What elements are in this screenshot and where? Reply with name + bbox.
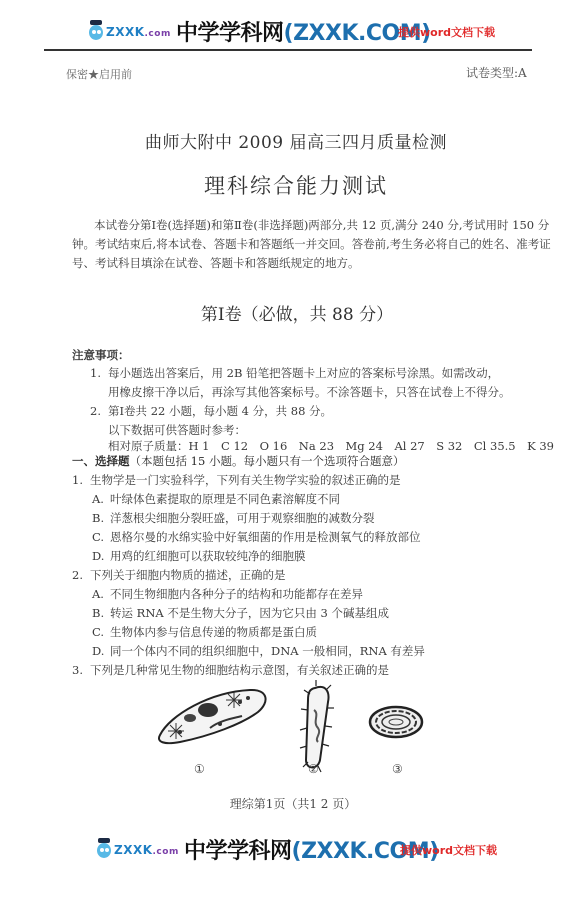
option-item: B.洋葱根尖细胞分裂旺盛，可用于观察细胞的减数分裂: [92, 510, 375, 526]
cyanobacterium-icon: [370, 707, 422, 737]
note-item-cont: 用橡皮擦干净以后，再涂写其他答案标号。不涂答题卡，只答在试卷上不得分。: [108, 384, 511, 400]
download-slogan[interactable]: 提供word文档下载: [398, 24, 495, 40]
figure-label-1: ①: [194, 762, 205, 776]
logo-text: ZXXK.com: [114, 843, 179, 857]
note-item: 2.第Ⅰ卷共 22 小题，每小题 4 分，共 88 分。: [90, 403, 332, 419]
mascot-icon: [88, 20, 104, 42]
notes-title: 注意事项：: [72, 347, 130, 363]
logo-text: ZXXK.com: [106, 25, 171, 39]
option-item: A.叶绿体色素提取的原理是不同色素溶解度不同: [92, 491, 340, 507]
option-item: C.生物体内参与信息传递的物质都是蛋白质: [92, 624, 317, 640]
site-banner-top: ZXXK.com 中学学科网(ZXXK.COM) 提供word文档下载: [0, 12, 580, 52]
mascot-icon: [96, 838, 112, 860]
paramecium-icon: [159, 690, 266, 743]
figure-label-2: ②: [308, 762, 319, 776]
site-banner-bottom: ZXXK.com 中学学科网(ZXXK.COM) 提供word文档下载: [0, 830, 580, 870]
site-name[interactable]: 中学学科网(ZXXK.COM): [176, 16, 431, 47]
exam-intro: 本试卷分第Ⅰ卷(选择题)和第Ⅱ卷(非选择题)两部分,共 12 页,满分 240 …: [72, 216, 556, 273]
note-item-cont: 以下数据可供答题时参考：: [108, 422, 246, 438]
section-heading: 一、选择题（本题包括 15 小题。每小题只有一个选项符合题意）: [72, 453, 404, 469]
atomic-masses: 相对原子质量：H 1 C 12 O 16 Na 23 Mg 24 Al 27 S…: [108, 438, 554, 454]
page-number: 理综第1页（共1 2 页）: [0, 795, 580, 812]
header-divider: [44, 49, 532, 51]
option-item: B.转运 RNA 不是生物大分子，因为它只由 3 个碱基组成: [92, 605, 389, 621]
question-stem: 1.生物学是一门实验科学，下列有关生物学实验的叙述正确的是: [72, 472, 401, 488]
confidential-label: 保密★启用前: [66, 66, 132, 82]
option-item: C.恩格尔曼的水绵实验中好氧细菌的作用是检测氧气的释放部位: [92, 529, 421, 545]
paper-type-label: 试卷类型:A: [466, 64, 527, 81]
bacterium-icon: [300, 680, 334, 772]
note-item: 1.每小题选出答案后，用 2B 铅笔把答题卡上对应的答案标号涂黑。如需改动，: [90, 365, 499, 381]
zxxk-logo[interactable]: ZXXK.com: [88, 20, 156, 44]
part1-heading: 第Ⅰ卷（必做，共 88 分）: [0, 300, 580, 325]
zxxk-logo[interactable]: ZXXK.com: [96, 838, 164, 862]
option-item: A.不同生物细胞内各种分子的结构和功能都存在差异: [92, 586, 363, 602]
option-item: D.同一个体内不同的组织细胞中，DNA 一般相同，RNA 有差异: [92, 643, 425, 659]
option-item: D.用鸡的红细胞可以获取较纯净的细胞膜: [92, 548, 306, 564]
exam-subtitle: 理科综合能力测试: [0, 170, 580, 200]
question-stem: 2.下列关于细胞内物质的描述，正确的是: [72, 567, 286, 583]
figure-label-3: ③: [392, 762, 403, 776]
cell-diagrams: ① ② ③: [150, 680, 450, 780]
question-stem: 3.下列是几种常见生物的细胞结构示意图，有关叙述正确的是: [72, 662, 389, 678]
download-slogan[interactable]: 提供word文档下载: [400, 842, 497, 858]
exam-title: 曲师大附中 2009 届高三四月质量检测: [0, 128, 580, 153]
